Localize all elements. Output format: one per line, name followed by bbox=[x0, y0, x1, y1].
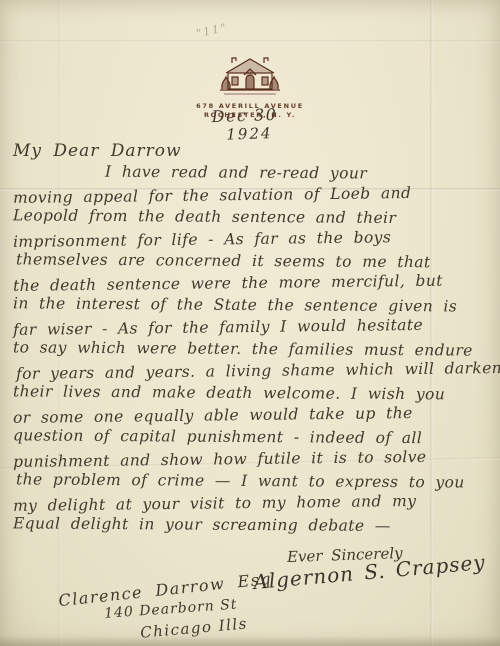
date-line1: Dec 30 bbox=[211, 105, 277, 126]
letter-page: "11" 678 AVERILL AVENUE ROCHESTER, N. Y. bbox=[0, 0, 500, 646]
letter-body: I have read and re-read yourmoving appea… bbox=[13, 162, 491, 536]
fold-crease bbox=[0, 40, 500, 43]
house-engraving-icon bbox=[219, 52, 281, 98]
recipient-block: Clarence Darrow Esq 140 Dearborn St Chic… bbox=[58, 580, 273, 636]
salutation: My Dear Darrow bbox=[13, 141, 182, 161]
letter-line: Equal delight in your screaming debate — bbox=[13, 512, 491, 537]
pencil-annotation: "11" bbox=[195, 21, 229, 40]
date-block: Dec 30 1924 bbox=[211, 105, 278, 144]
date-line2: 1924 bbox=[226, 124, 278, 144]
